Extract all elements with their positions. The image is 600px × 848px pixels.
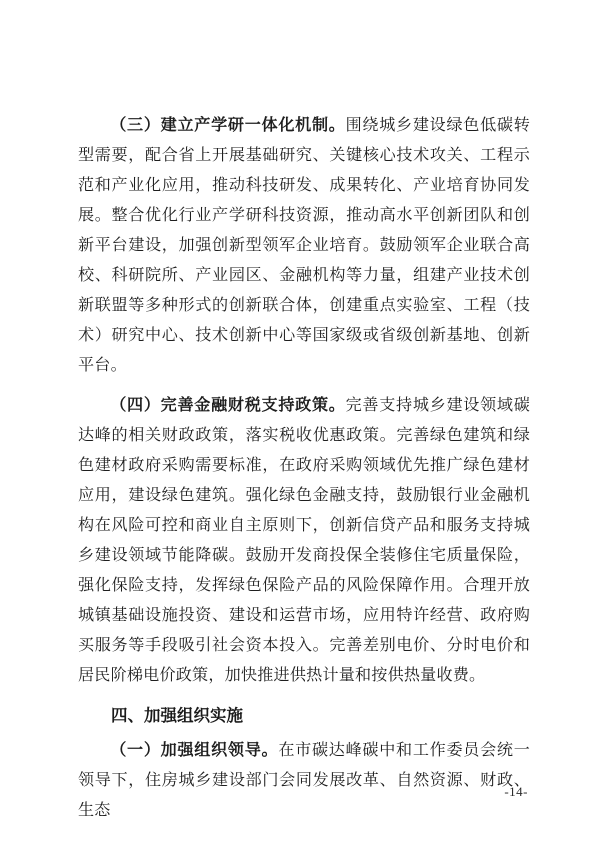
page-number: -14- — [504, 784, 528, 800]
paragraph-1-lead: （一）加强组织领导。 — [110, 742, 278, 759]
document-body: （三）建立产学研一体化机制。围绕城乡建设绿色低碳转型需要，配合省上开展基础研究、… — [78, 111, 530, 826]
paragraph-section-4: （四）完善金融财税支持政策。完善支持城乡建设领域碳达峰的相关财政政策，落实税收优… — [78, 391, 530, 691]
document-page: （三）建立产学研一体化机制。围绕城乡建设绿色低碳转型需要，配合省上开展基础研究、… — [0, 0, 600, 848]
paragraph-4-text: 完善支持城乡建设领域碳达峰的相关财政政策，落实税收优惠政策。完善绿色建筑和绿色建… — [78, 397, 530, 684]
paragraph-3-text: 围绕城乡建设绿色低碳转型需要，配合省上开展基础研究、关键核心技术攻关、工程示范和… — [78, 117, 530, 374]
paragraph-section-3: （三）建立产学研一体化机制。围绕城乡建设绿色低碳转型需要，配合省上开展基础研究、… — [78, 111, 530, 381]
paragraph-4-lead: （四）完善金融财税支持政策。 — [110, 397, 345, 414]
paragraph-3-lead: （三）建立产学研一体化机制。 — [110, 117, 345, 134]
section-heading-4: 四、加强组织实施 — [78, 701, 530, 731]
paragraph-section-1: （一）加强组织领导。在市碳达峰碳中和工作委员会统一领导下，住房城乡建设部门会同发… — [78, 736, 530, 826]
